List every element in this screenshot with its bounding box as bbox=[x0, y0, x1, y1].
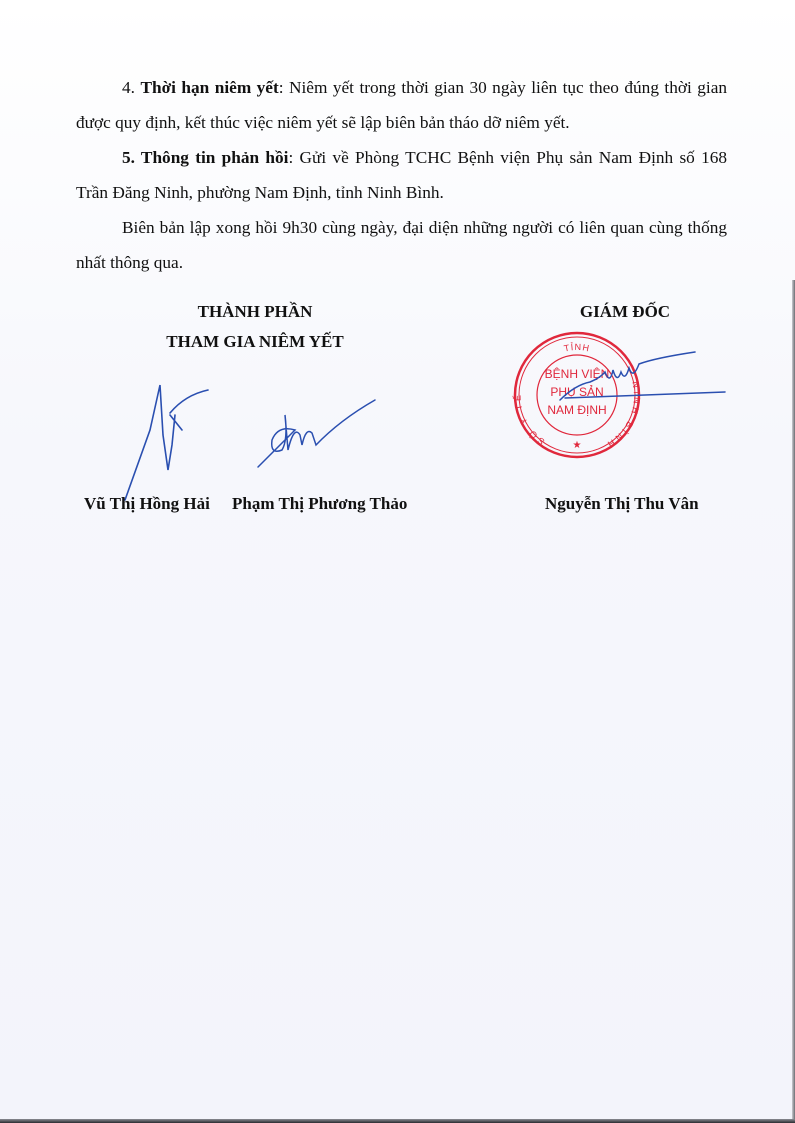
participant-2-name: Phạm Thị Phương Thảo bbox=[232, 494, 407, 514]
item-5-label: 5. Thông tin phản hồi bbox=[122, 148, 288, 167]
signature-participant-2 bbox=[250, 395, 380, 475]
director-heading: GIÁM ĐỐC bbox=[540, 297, 710, 327]
participants-heading: THÀNH PHẦN THAM GIA NIÊM YẾT bbox=[100, 297, 410, 357]
item-4-number: 4. bbox=[122, 78, 140, 97]
signature-participant-1 bbox=[110, 375, 220, 505]
item-4-label: Thời hạn niêm yết bbox=[140, 78, 278, 97]
stamp-star-icon: ★ bbox=[573, 440, 582, 451]
participants-heading-line1: THÀNH PHẦN bbox=[100, 297, 410, 327]
scan-edge-bottom bbox=[0, 1119, 795, 1123]
svg-text:SỞ Y TẾ: SỞ Y TẾ bbox=[512, 392, 546, 447]
participant-1-name: Vũ Thị Hồng Hải bbox=[84, 494, 210, 514]
closing-paragraph: Biên bản lập xong hồi 9h30 cùng ngày, đạ… bbox=[76, 210, 727, 280]
participants-heading-line2: THAM GIA NIÊM YẾT bbox=[100, 327, 410, 357]
item-4-paragraph: 4. Thời hạn niêm yết: Niêm yết trong thờ… bbox=[76, 70, 727, 140]
director-name: Nguyễn Thị Thu Vân bbox=[545, 494, 699, 514]
item-5-paragraph: 5. Thông tin phản hồi: Gửi về Phòng TCHC… bbox=[76, 140, 727, 210]
signature-director bbox=[555, 350, 735, 410]
